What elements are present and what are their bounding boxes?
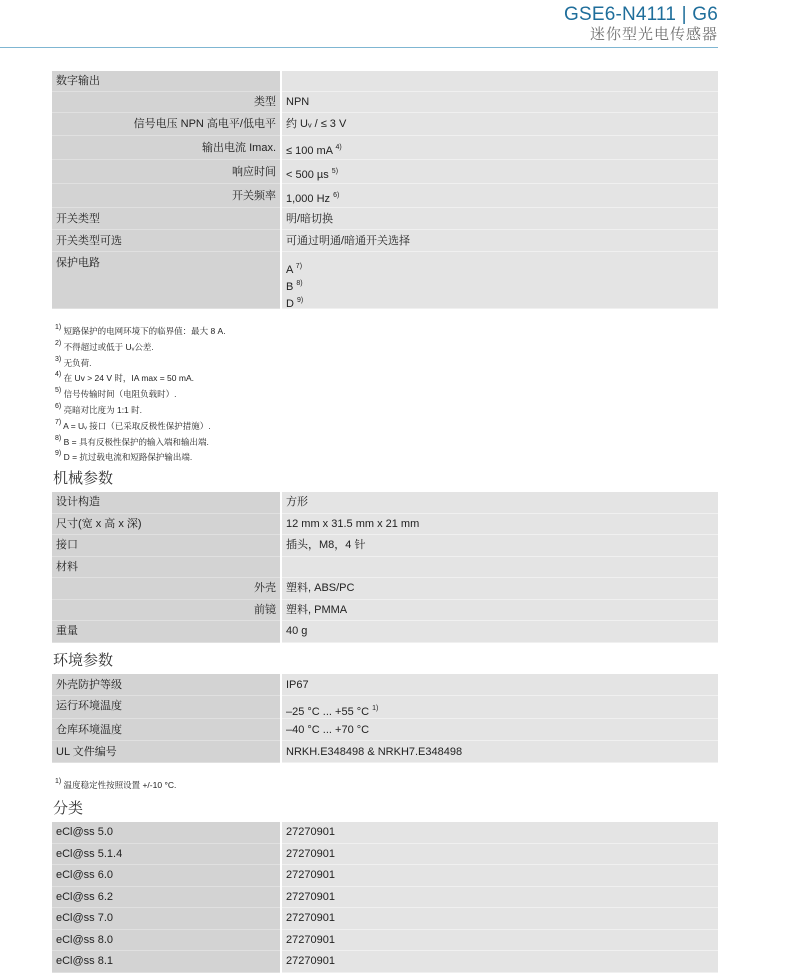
footnote: 1) 短路保护的电网环境下的临界值：最大 8 A. [55, 322, 226, 338]
row-label: eCl@ss 7.0 [52, 908, 280, 930]
row-value: 明/暗切换 [282, 208, 718, 230]
footnote: 5) 信号传输时间（电阻负载时）. [55, 385, 226, 401]
row-label: 外壳 [52, 578, 280, 600]
value-text: < 500 µs [286, 169, 329, 181]
footnote-ref: 4) [335, 144, 341, 151]
footnote: 3) 无负荷. [55, 354, 226, 370]
row-label: 输出电流 Imax. [52, 136, 280, 160]
row-label: UL 文件编号 [52, 741, 280, 763]
row-label: 信号电压 NPN 高电平/低电平 [52, 113, 280, 136]
row-label: eCl@ss 6.0 [52, 865, 280, 887]
table-row: 设计构造 方形 [52, 492, 718, 514]
row-label: 设计构造 [52, 492, 280, 514]
row-value: 插头，M8，4 针 [282, 535, 718, 557]
value-text: ≤ 100 mA [286, 145, 332, 157]
row-label: 重量 [52, 621, 280, 643]
model-title: GSE6-N4111 | G6 [564, 4, 718, 26]
row-label: 数字输出 [52, 71, 280, 92]
header-divider [0, 47, 718, 48]
row-value: –40 °C ... +70 °C [282, 719, 718, 741]
table-row: 开关频率 1,000 Hz 6) [52, 184, 718, 208]
row-label: eCl@ss 8.0 [52, 930, 280, 952]
row-value: –25 °C ... +55 °C 1) [282, 696, 718, 719]
table-row: 开关类型 明/暗切换 [52, 208, 718, 230]
table-row: 仓库环境温度 –40 °C ... +70 °C [52, 719, 718, 741]
footnote-ref: 6) [333, 192, 339, 199]
row-value: 27270901 [282, 865, 718, 887]
row-value [282, 71, 718, 92]
protection-a: A 7) [286, 260, 714, 277]
table-row: 接口 插头，M8，4 针 [52, 535, 718, 557]
row-value: A 7) B 8) D 9) [282, 252, 718, 309]
footnote: 4) 在 Uv > 24 V 时，IA max = 50 mA. [55, 369, 226, 385]
row-label: 尺寸(宽 x 高 x 深) [52, 514, 280, 536]
document-header: GSE6-N4111 | G6 迷你型光电传感器 [564, 4, 718, 44]
row-value: 27270901 [282, 908, 718, 930]
value-text: 1,000 Hz [286, 193, 330, 205]
row-value: 27270901 [282, 822, 718, 844]
row-value: 40 g [282, 621, 718, 643]
table-row: eCl@ss 5.1.4 27270901 [52, 844, 718, 866]
row-value: 27270901 [282, 844, 718, 866]
table-row: 尺寸(宽 x 高 x 深) 12 mm x 31.5 mm x 21 mm [52, 514, 718, 536]
row-label: 保护电路 [52, 252, 280, 309]
table-row: 输出电流 Imax. ≤ 100 mA 4) [52, 136, 718, 160]
protection-b: B 8) [286, 277, 714, 294]
footnote: 8) B = 具有反极性保护的输入端和输出端. [55, 433, 226, 449]
row-label: 仓库环境温度 [52, 719, 280, 741]
table-row: 保护电路 A 7) B 8) D 9) [52, 252, 718, 309]
row-label: 前镜 [52, 600, 280, 622]
table-row: UL 文件编号 NRKH.E348498 & NRKH7.E348498 [52, 741, 718, 763]
row-label: 接口 [52, 535, 280, 557]
row-label: 类型 [52, 92, 280, 113]
table-row: 开关类型可选 可通过明通/暗通开关选择 [52, 230, 718, 252]
row-value: < 500 µs 5) [282, 160, 718, 184]
table-row: eCl@ss 6.0 27270901 [52, 865, 718, 887]
row-label: eCl@ss 8.1 [52, 951, 280, 973]
table-row: 类型 NPN [52, 92, 718, 113]
environment-table: 外壳防护等级 IP67 运行环境温度 –25 °C ... +55 °C 1) … [52, 674, 718, 763]
footnote: 2) 不得超过或低于 Uᵥ公差. [55, 338, 226, 354]
table-row: 外壳防护等级 IP67 [52, 674, 718, 696]
row-label: 运行环境温度 [52, 696, 280, 719]
row-value: 27270901 [282, 887, 718, 909]
row-value: ≤ 100 mA 4) [282, 136, 718, 160]
row-value [282, 557, 718, 579]
row-value: 1,000 Hz 6) [282, 184, 718, 208]
row-label: eCl@ss 5.1.4 [52, 844, 280, 866]
footnote-ref: 1) [372, 705, 378, 712]
row-value: 27270901 [282, 930, 718, 952]
table-row: 信号电压 NPN 高电平/低电平 约 Uᵥ / ≤ 3 V [52, 113, 718, 136]
row-label: 开关频率 [52, 184, 280, 208]
row-value: 12 mm x 31.5 mm x 21 mm [282, 514, 718, 536]
row-value: 塑料, PMMA [282, 600, 718, 622]
row-value: 塑料, ABS/PC [282, 578, 718, 600]
row-label: 响应时间 [52, 160, 280, 184]
footnote: 9) D = 抗过载电流和短路保护输出端. [55, 448, 226, 464]
row-value: 方形 [282, 492, 718, 514]
digital-output-footnotes: 1) 短路保护的电网环境下的临界值：最大 8 A. 2) 不得超过或低于 Uᵥ公… [55, 322, 226, 464]
section-title-classification: 分类 [53, 797, 83, 818]
table-row: eCl@ss 5.0 27270901 [52, 822, 718, 844]
row-value: 可通过明通/暗通开关选择 [282, 230, 718, 252]
row-value: IP67 [282, 674, 718, 696]
table-row: 材料 [52, 557, 718, 579]
footnote: 6) 亮暗对比度为 1:1 时. [55, 401, 226, 417]
row-value: 约 Uᵥ / ≤ 3 V [282, 113, 718, 136]
table-row: 重量 40 g [52, 621, 718, 643]
table-row: 响应时间 < 500 µs 5) [52, 160, 718, 184]
row-label: 材料 [52, 557, 280, 579]
row-value: NPN [282, 92, 718, 113]
mechanical-table: 设计构造 方形 尺寸(宽 x 高 x 深) 12 mm x 31.5 mm x … [52, 492, 718, 643]
row-label: 开关类型 [52, 208, 280, 230]
row-label: eCl@ss 5.0 [52, 822, 280, 844]
table-row: 前镜 塑料, PMMA [52, 600, 718, 622]
digital-output-table: 数字输出 类型 NPN 信号电压 NPN 高电平/低电平 约 Uᵥ / ≤ 3 … [52, 71, 718, 309]
row-label: eCl@ss 6.2 [52, 887, 280, 909]
protection-d: D 9) [286, 294, 714, 311]
section-title-environment: 环境参数 [53, 649, 113, 670]
environment-footnote: 1) 温度稳定性按照设置 +/-10 °C. [55, 776, 176, 792]
row-label: 开关类型可选 [52, 230, 280, 252]
row-value: 27270901 [282, 951, 718, 973]
footnote: 7) A = Uᵥ 接口（已采取反极性保护措施）. [55, 417, 226, 433]
table-row: 外壳 塑料, ABS/PC [52, 578, 718, 600]
table-row: 数字输出 [52, 71, 718, 92]
product-subtitle: 迷你型光电传感器 [564, 26, 718, 44]
table-row: eCl@ss 7.0 27270901 [52, 908, 718, 930]
row-label: 外壳防护等级 [52, 674, 280, 696]
table-row: 运行环境温度 –25 °C ... +55 °C 1) [52, 696, 718, 719]
section-title-mechanical: 机械参数 [53, 467, 113, 488]
row-value: NRKH.E348498 & NRKH7.E348498 [282, 741, 718, 763]
table-row: eCl@ss 8.1 27270901 [52, 951, 718, 973]
classification-table: eCl@ss 5.0 27270901 eCl@ss 5.1.4 2727090… [52, 822, 718, 973]
table-row: eCl@ss 8.0 27270901 [52, 930, 718, 952]
footnote-ref: 5) [332, 168, 338, 175]
table-row: eCl@ss 6.2 27270901 [52, 887, 718, 909]
